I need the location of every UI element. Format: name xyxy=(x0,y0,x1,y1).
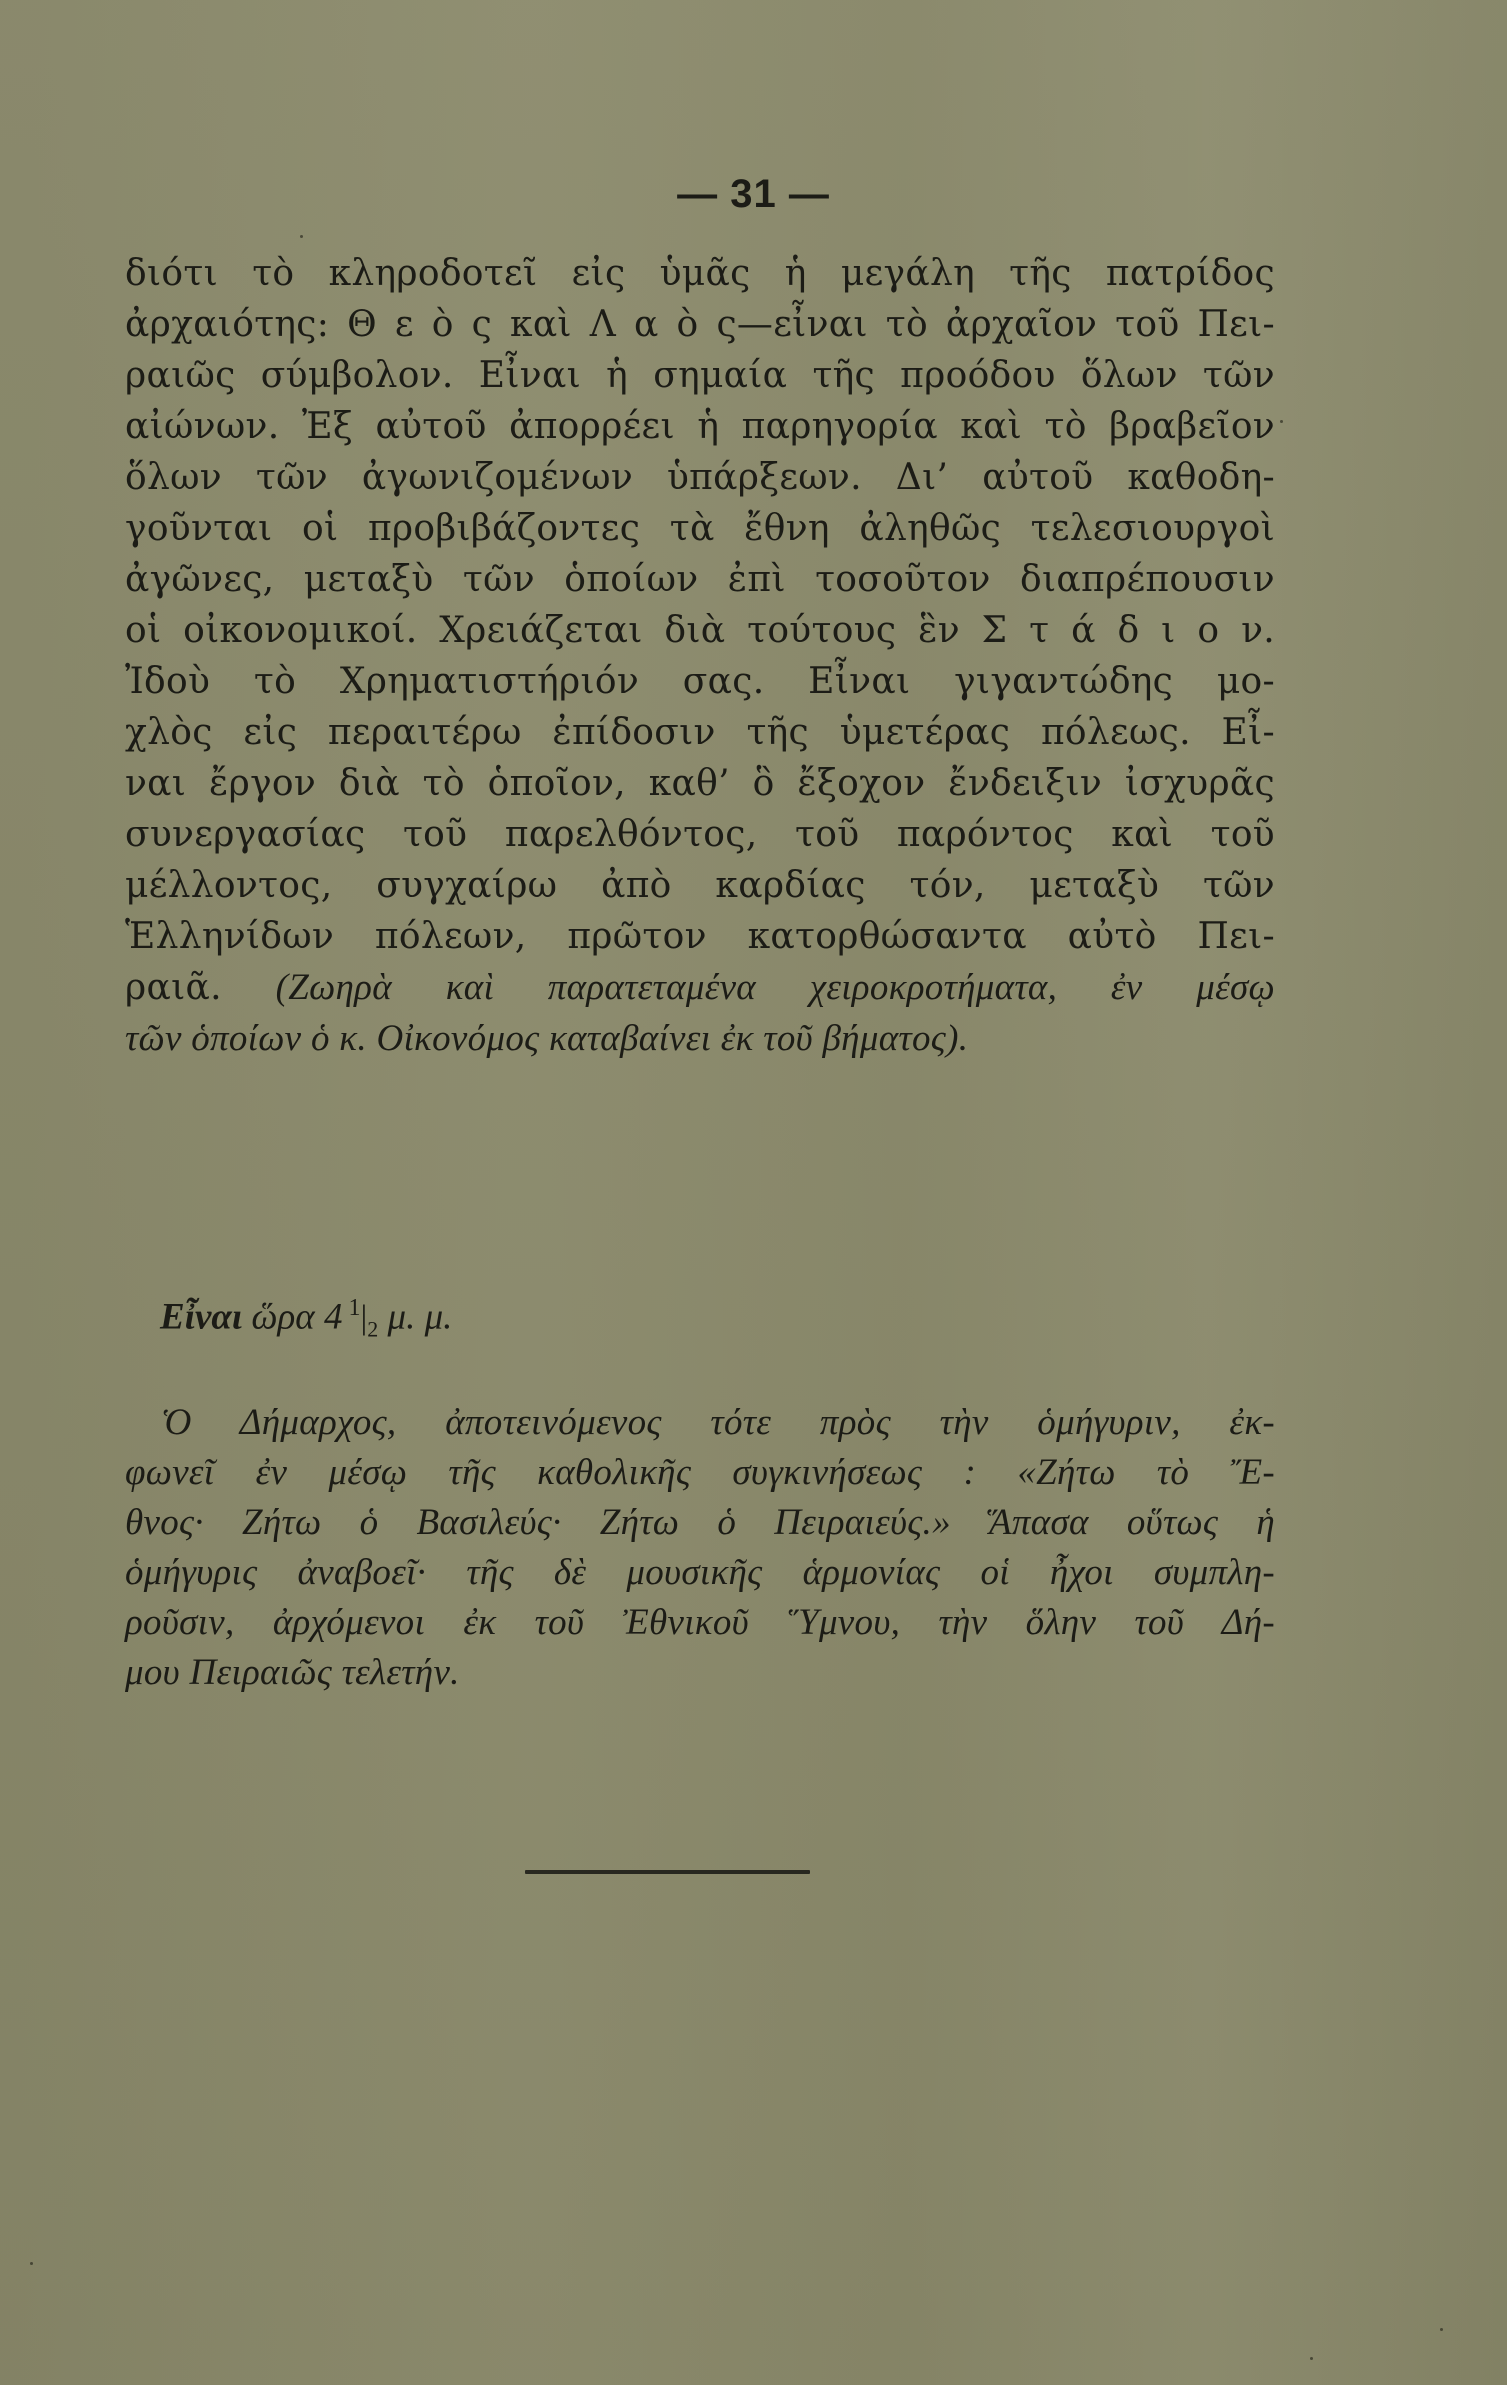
paper-speck xyxy=(300,235,303,238)
text-line: ἀρχαιότης: Θ ε ὸ ς καὶ Λ α ὸ ς—εἶναι τὸ … xyxy=(125,299,1275,350)
text-line: Ἰδοὺ τὸ Χρηματιστήριόν σας. Εἶναι γιγαντ… xyxy=(125,656,1275,707)
paper-speck xyxy=(1440,2328,1443,2331)
horizontal-rule xyxy=(525,1870,810,1874)
body-paragraph: διότι τὸ κληροδοτεῖ εἰς ὑμᾶς ἡ μεγάλη τῆ… xyxy=(125,248,1275,1064)
text-line: θνος· Ζήτω ὁ Βασιλεύς· Ζήτω ὁ Πειραιεύς.… xyxy=(125,1498,1275,1548)
text-line: μου Πειραιῶς τελετήν. xyxy=(125,1648,1275,1698)
text-line: φωνεῖ ἐν μέσῳ τῆς καθολικῆς συγκινήσεως … xyxy=(125,1448,1275,1498)
text-line: ναι ἔργον διὰ τὸ ὁποῖον, καθ’ ὃ ἔξοχον ἔ… xyxy=(125,758,1275,809)
italic-paragraph: Ὁ Δήμαρχος, ἀποτεινόμενος τότε πρὸς τὴν … xyxy=(125,1398,1275,1698)
fraction-numerator: 1 xyxy=(348,1295,360,1321)
paper-speck xyxy=(1310,2357,1313,2360)
text-line: ὁμήγυρις ἀναβοεῖ· τῆς δὲ μουσικῆς ἁρμονί… xyxy=(125,1548,1275,1598)
text-line: γοῦνται οἱ προβιβάζοντες τὰ ἔθνη ἀληθῶς … xyxy=(125,503,1275,554)
paper-speck xyxy=(30,2262,33,2265)
text-line: Ἑλληνίδων πόλεων, πρῶτον κατορθώσαντα αὐ… xyxy=(125,911,1275,962)
time-note-text: ὥρα 4 xyxy=(251,1296,342,1337)
text-line: οἱ οἰκονομικοί. Χρειάζεται διὰ τούτους ἓ… xyxy=(125,605,1275,656)
time-note-suffix: μ. μ. xyxy=(388,1296,453,1337)
text-line: χλὸς εἰς περαιτέρω ἐπίδοσιν τῆς ὑμετέρας… xyxy=(125,707,1275,758)
text-line: ροῦσιν, ἀρχόμενοι ἐκ τοῦ Ἐθνικοῦ Ὕμνου, … xyxy=(125,1598,1275,1648)
text-line: συνεργασίας τοῦ παρελθόντος, τοῦ παρόντο… xyxy=(125,809,1275,860)
text-line: διότι τὸ κληροδοτεῖ εἰς ὑμᾶς ἡ μεγάλη τῆ… xyxy=(125,248,1275,299)
stage-direction-line: τῶν ὁποίων ὁ κ. Οἰκονόμος καταβαίνει ἐκ … xyxy=(125,1013,1275,1064)
page-number: — 31 — xyxy=(0,172,1507,217)
text-line: αἰώνων. Ἐξ αὐτοῦ ἀπορρέει ἡ παρηγορία κα… xyxy=(125,401,1275,452)
roman-fragment: ραιᾶ. xyxy=(125,967,222,1008)
time-note: Εἶναι ὥρα 41|2 μ. μ. xyxy=(160,1283,452,1355)
text-line: Ὁ Δήμαρχος, ἀποτεινόμενος τότε πρὸς τὴν … xyxy=(125,1398,1275,1448)
time-note-lead: Εἶναι xyxy=(160,1296,242,1337)
fraction-denominator: 2 xyxy=(367,1317,378,1342)
text-line: ραιῶς σύμβολον. Εἶναι ἡ σημαία τῆς προόδ… xyxy=(125,350,1275,401)
paper-speck xyxy=(1280,420,1283,423)
text-line: ὅλων τῶν ἀγωνιζομένων ὑπάρξεων. Δι’ αὐτο… xyxy=(125,452,1275,503)
text-line: ἀγῶνες, μεταξὺ τῶν ὁποίων ἐπὶ τοσοῦτον δ… xyxy=(125,554,1275,605)
text-line: μέλλοντος, συγχαίρω ἀπὸ καρδίας τόν, μετ… xyxy=(125,860,1275,911)
mixed-text-line: ραιᾶ. (Ζωηρὰ καὶ παρατεταμένα χειροκροτή… xyxy=(125,962,1275,1013)
document-page: — 31 — διότι τὸ κληροδοτεῖ εἰς ὑμᾶς ἡ με… xyxy=(0,0,1507,2385)
stage-direction: (Ζωηρὰ καὶ παρατεταμένα χειροκροτήματα, … xyxy=(222,967,1275,1008)
